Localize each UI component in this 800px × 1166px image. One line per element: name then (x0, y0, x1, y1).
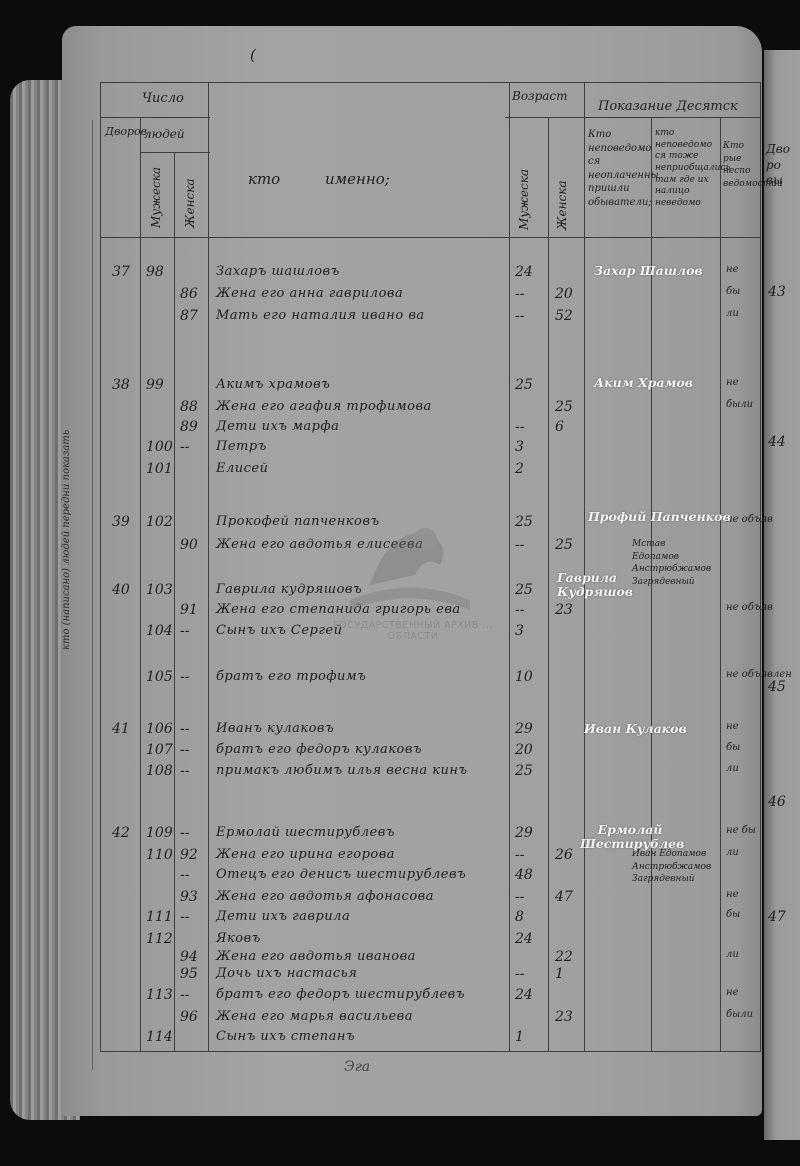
right-page-header: Дво ро вы (766, 142, 796, 189)
row-age-male: 24 (515, 932, 533, 946)
row-age-male: 8 (515, 910, 524, 924)
rule-top (100, 82, 760, 83)
row-female-num: 88 (180, 400, 198, 414)
row-status: были (726, 1010, 753, 1020)
row-status: ли (726, 950, 739, 960)
row-name: Жена его анна гаврилова (216, 287, 403, 300)
header-lyudey: людей (144, 128, 185, 140)
facing-page-number: 46 (768, 795, 786, 809)
rule-header-3 (140, 152, 210, 153)
overlay-label: Аким Храмов (594, 376, 693, 390)
row-name: примакъ любимъ илья весна кинъ (216, 764, 468, 777)
row-name: Сынъ ихъ степанъ (216, 1030, 355, 1043)
row-male-num: 112 (146, 932, 173, 946)
rule-header-bottom (100, 237, 760, 238)
row-female-num: 86 (180, 287, 198, 301)
facing-page-number: 47 (768, 910, 786, 924)
row-age-male: 3 (515, 624, 524, 638)
row-status: бы (726, 910, 740, 920)
row-female-num: 87 (180, 309, 198, 323)
rule-col-name (208, 82, 209, 1052)
margin-note: кто (написано) людей передни показать (62, 430, 72, 650)
row-male-num: 101 (146, 462, 173, 476)
header-chislo: Число (142, 92, 184, 105)
row-female-num: 94 (180, 950, 198, 964)
header-col-a: Кто неповедомо ся неоплаченны пришли обы… (588, 128, 650, 209)
overlay-label: Иван Кулаков (584, 722, 687, 736)
row-female-num: -- (180, 743, 189, 757)
row-age-male: -- (515, 967, 524, 981)
row-female-num: -- (180, 826, 189, 840)
row-age-male: -- (515, 420, 524, 434)
row-name: Мать его наталия ивано ва (216, 309, 425, 322)
page-mark: ( (250, 48, 256, 63)
row-male-num: 110 (146, 848, 173, 862)
row-male-num: 108 (146, 764, 173, 778)
row-age-male: 20 (515, 743, 533, 757)
row-name: братъ его федоръ шестирублевъ (216, 988, 465, 1001)
row-status: ли (726, 848, 739, 858)
row-age-male: 25 (515, 378, 533, 392)
row-age-male: -- (515, 848, 524, 862)
overlay-label: Гаврила Кудряшов (557, 571, 637, 600)
row-female-num: 96 (180, 1010, 198, 1024)
row-status: не (726, 265, 739, 275)
row-status: не (726, 378, 739, 388)
row-name: Дочь ихъ настасья (216, 967, 357, 980)
row-name: Жена его марья васильева (216, 1010, 413, 1023)
row-status: не объяв (726, 603, 773, 613)
row-male-num: 105 (146, 670, 173, 684)
row-age-female: 6 (555, 420, 564, 434)
facing-page-number: 45 (768, 680, 786, 694)
archive-watermark-text: ГОСУДАРСТВЕННЫЙ АРХИВ ... ОБЛАСТИ (318, 620, 508, 643)
row-name: Жена его авдотья афонасова (216, 890, 434, 903)
row-female-num: -- (180, 910, 189, 924)
header-dvorov: Дворов (105, 125, 139, 139)
header-pokazanie: Показание Десятск (598, 100, 738, 113)
rule-header-2 (505, 117, 760, 118)
row-female-num: -- (180, 764, 189, 778)
overlay-label: Ермолай Шестирублев (580, 823, 680, 852)
row-female-num: 95 (180, 967, 198, 981)
header-kto: кто именно; (248, 172, 390, 187)
row-status: бы (726, 743, 740, 753)
rule-col-c (720, 117, 721, 1052)
row-age-female: 47 (555, 890, 573, 904)
row-female-num: -- (180, 440, 189, 454)
row-status: не (726, 722, 739, 732)
rule-col-a (584, 82, 585, 1052)
row-female-num: 89 (180, 420, 198, 434)
row-dvor: 42 (112, 826, 130, 840)
row-age-female: 23 (555, 1010, 573, 1024)
row-status: ли (726, 309, 739, 319)
row-dvor: 38 (112, 378, 130, 392)
facing-page-number: 44 (768, 435, 786, 449)
row-age-male: 3 (515, 440, 524, 454)
row-age-female: 1 (555, 967, 564, 981)
row-female-num: -- (180, 868, 189, 882)
row-male-num: 98 (146, 265, 164, 279)
row-age-male: -- (515, 603, 524, 617)
row-age-male: 29 (515, 826, 533, 840)
header-vozrast-m: Мужеска (518, 169, 530, 230)
overlay-label: Профий Папченков (588, 510, 731, 524)
row-dvor: 40 (112, 583, 130, 597)
row-female-num: 91 (180, 603, 198, 617)
row-male-num: 107 (146, 743, 173, 757)
row-note: Мстав Едопамов Анстрюбжамов Загрядевный (632, 538, 712, 588)
row-female-num: -- (180, 624, 189, 638)
row-male-num: 100 (146, 440, 173, 454)
margin-rule (92, 120, 93, 1070)
row-male-num: 102 (146, 515, 173, 529)
row-age-male: 24 (515, 265, 533, 279)
row-name: Петръ (216, 440, 267, 453)
row-female-num: -- (180, 670, 189, 684)
row-dvor: 37 (112, 265, 130, 279)
facing-page (764, 50, 800, 1140)
row-status: бы (726, 287, 740, 297)
row-name: Жена его ирина егорова (216, 848, 395, 861)
row-female-num: 93 (180, 890, 198, 904)
rule-col-zh (174, 152, 175, 1052)
row-age-male: 10 (515, 670, 533, 684)
row-age-male: -- (515, 287, 524, 301)
header-col-b: кто неповедомо ся тоже неприобщались там… (655, 128, 719, 210)
row-note: Иван Едопамов Анстрюбжамов Загрядевный (632, 848, 712, 886)
row-name: Иванъ кулаковъ (216, 722, 334, 735)
row-male-num: 99 (146, 378, 164, 392)
rule-col-age-zh (548, 117, 549, 1052)
row-age-female: 20 (555, 287, 573, 301)
row-status: не бы (726, 826, 756, 836)
row-name: Дети ихъ марфа (216, 420, 339, 433)
row-male-num: 113 (146, 988, 173, 1002)
rule-header-1 (100, 117, 210, 118)
row-age-female: 25 (555, 400, 573, 414)
row-male-num: 106 (146, 722, 173, 736)
row-age-male: 29 (515, 722, 533, 736)
row-age-male: -- (515, 538, 524, 552)
row-age-male: 25 (515, 583, 533, 597)
row-name: Дети ихъ гаврила (216, 910, 350, 923)
row-male-num: 111 (146, 910, 173, 924)
row-name: Акимъ храмовъ (216, 378, 330, 391)
row-age-male: 1 (515, 1030, 524, 1044)
row-age-female: 26 (555, 848, 573, 862)
row-male-num: 114 (146, 1030, 173, 1044)
row-age-female: 22 (555, 950, 573, 964)
row-male-num: 104 (146, 624, 173, 638)
row-name: братъ его федоръ кулаковъ (216, 743, 422, 756)
facing-page-number: 43 (768, 285, 786, 299)
row-age-male: 24 (515, 988, 533, 1002)
row-status: не объяв (726, 515, 773, 525)
row-age-female: 23 (555, 603, 573, 617)
archive-logo-watermark (330, 505, 490, 615)
row-dvor: 39 (112, 515, 130, 529)
row-name: Яковъ (216, 932, 261, 945)
row-male-num: 103 (146, 583, 173, 597)
row-name: Отецъ его денисъ шестирублевъ (216, 868, 466, 881)
rule-col-m (140, 117, 141, 1052)
row-age-male: 25 (515, 515, 533, 529)
row-female-num: -- (180, 988, 189, 1002)
row-age-male: 48 (515, 868, 533, 882)
row-status: ли (726, 764, 739, 774)
row-name: Ермолай шестирублевъ (216, 826, 395, 839)
row-status: были (726, 400, 753, 410)
row-status: не (726, 890, 739, 900)
row-name: Захаръ шашловъ (216, 265, 340, 278)
row-age-male: 25 (515, 764, 533, 778)
row-male-num: 109 (146, 826, 173, 840)
row-age-male: -- (515, 890, 524, 904)
header-col-c: Кто рые неспо ведомостии (723, 140, 761, 190)
header-vozrast: Возраст (512, 90, 568, 102)
row-age-male: -- (515, 309, 524, 323)
row-status: не (726, 988, 739, 998)
header-zhenska: Женска (184, 178, 196, 228)
rule-col-age-m (509, 82, 510, 1052)
row-name: Жена его агафия трофимова (216, 400, 432, 413)
rule-left (100, 82, 101, 1052)
overlay-label: Захар Шашлов (594, 264, 703, 278)
row-dvor: 41 (112, 722, 130, 736)
row-female-num: 90 (180, 538, 198, 552)
header-muzheska: Мужеска (150, 167, 162, 228)
row-name: Елисей (216, 462, 269, 475)
row-female-num: -- (180, 722, 189, 736)
row-age-female: 25 (555, 538, 573, 552)
row-name: Жена его авдотья иванова (216, 950, 416, 963)
row-female-num: 92 (180, 848, 198, 862)
row-age-female: 52 (555, 309, 573, 323)
rule-right (760, 82, 761, 1052)
page-footer: Эга (344, 1060, 370, 1074)
rule-bottom (100, 1051, 760, 1052)
header-vozrast-zh: Женска (556, 180, 568, 230)
row-name: братъ его трофимъ (216, 670, 366, 683)
row-age-male: 2 (515, 462, 524, 476)
